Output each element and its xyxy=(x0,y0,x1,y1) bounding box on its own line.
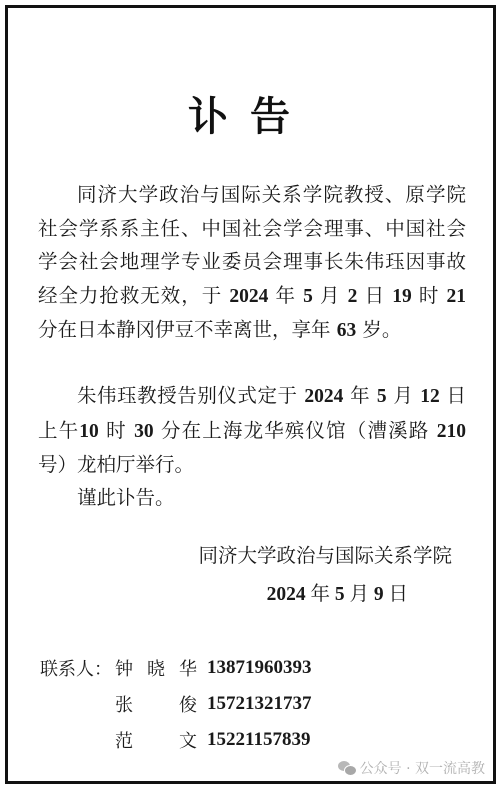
watermark: 公众号 · 双一流高教 xyxy=(338,758,485,778)
numeric-value: 21 xyxy=(447,286,467,307)
contacts-block: 联系人： 钟晓华 13871960393 张俊 15721321737 范文 1… xyxy=(40,650,312,758)
numeric-value: 19 xyxy=(392,286,412,307)
numeric-value: 5 xyxy=(303,286,313,307)
contact-phone: 15221157839 xyxy=(207,729,310,751)
numeric-value: 63 xyxy=(337,320,357,341)
contact-name: 范文 xyxy=(115,727,207,753)
numeric-value: 10 xyxy=(79,421,99,442)
numeric-value: 2024 xyxy=(304,386,343,407)
contact-phone: 15721321737 xyxy=(207,693,312,715)
signature-date: 2024 年 5 月 9 日 xyxy=(267,578,408,606)
wechat-icon xyxy=(338,761,356,775)
watermark-text: 公众号 · 双一流高教 xyxy=(360,758,485,778)
numeric-value: 2 xyxy=(348,286,358,307)
contact-row: 范文 15221157839 xyxy=(40,722,312,758)
contact-phone: 13871960393 xyxy=(207,657,312,679)
signature-organization: 同济大学政治与国际关系学院 xyxy=(198,540,452,568)
paragraph-ceremony: 朱伟珏教授告别仪式定于 2024 年 5 月 12 日上午10 时 30 分在上… xyxy=(38,379,466,482)
numeric-value: 2024 xyxy=(229,286,268,307)
paragraph-closing: 谨此讣告。 xyxy=(38,481,466,515)
page-title: 讣告 xyxy=(0,85,500,142)
contact-row: 张俊 15721321737 xyxy=(40,686,312,722)
contact-name: 钟晓华 xyxy=(115,655,207,681)
numeric-value: 12 xyxy=(420,386,440,407)
numeric-value: 5 xyxy=(377,386,387,407)
numeric-value: 210 xyxy=(437,421,466,442)
contact-row: 联系人： 钟晓华 13871960393 xyxy=(40,650,312,686)
paragraph-announcement: 同济大学政治与国际关系学院教授、原学院社会学系系主任、中国社会学会理事、中国社会… xyxy=(38,178,466,348)
contacts-label: 联系人： xyxy=(40,655,115,681)
numeric-value: 30 xyxy=(134,421,154,442)
contact-name: 张俊 xyxy=(115,691,207,717)
